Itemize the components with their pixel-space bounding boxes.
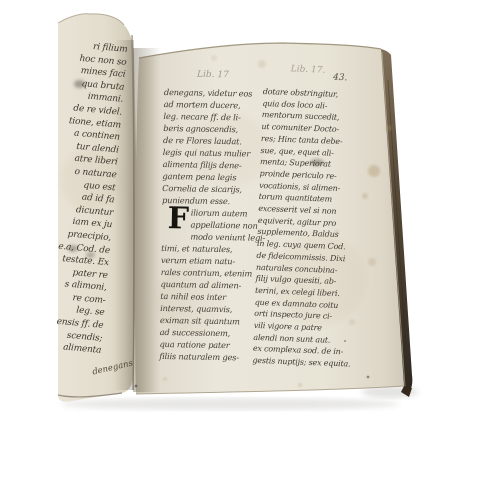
photo-of-open-manuscript-book: ri filiumhoc non somines faciqua brutaim… [0, 0, 500, 500]
right-page-column2: dotare obstringitur,quia dos loco ali-me… [252, 86, 358, 370]
paragraph-2: F iliorum autemappellatione nonmodo veni… [159, 206, 260, 364]
running-header-column1: Lib. 17 [164, 69, 262, 81]
manuscript-line: filiis naturalem ges- [159, 350, 257, 364]
manuscript-line: puniendum esse. [162, 194, 260, 208]
folio-number: 43. [333, 73, 348, 84]
paragraph-1: denegans, videtur eosad mortem ducere,le… [162, 86, 262, 208]
right-page-column1: denegans, videtur eosad mortem ducere,le… [159, 86, 262, 364]
book-shadow [60, 398, 400, 410]
drop-cap-initial: F [167, 207, 187, 231]
